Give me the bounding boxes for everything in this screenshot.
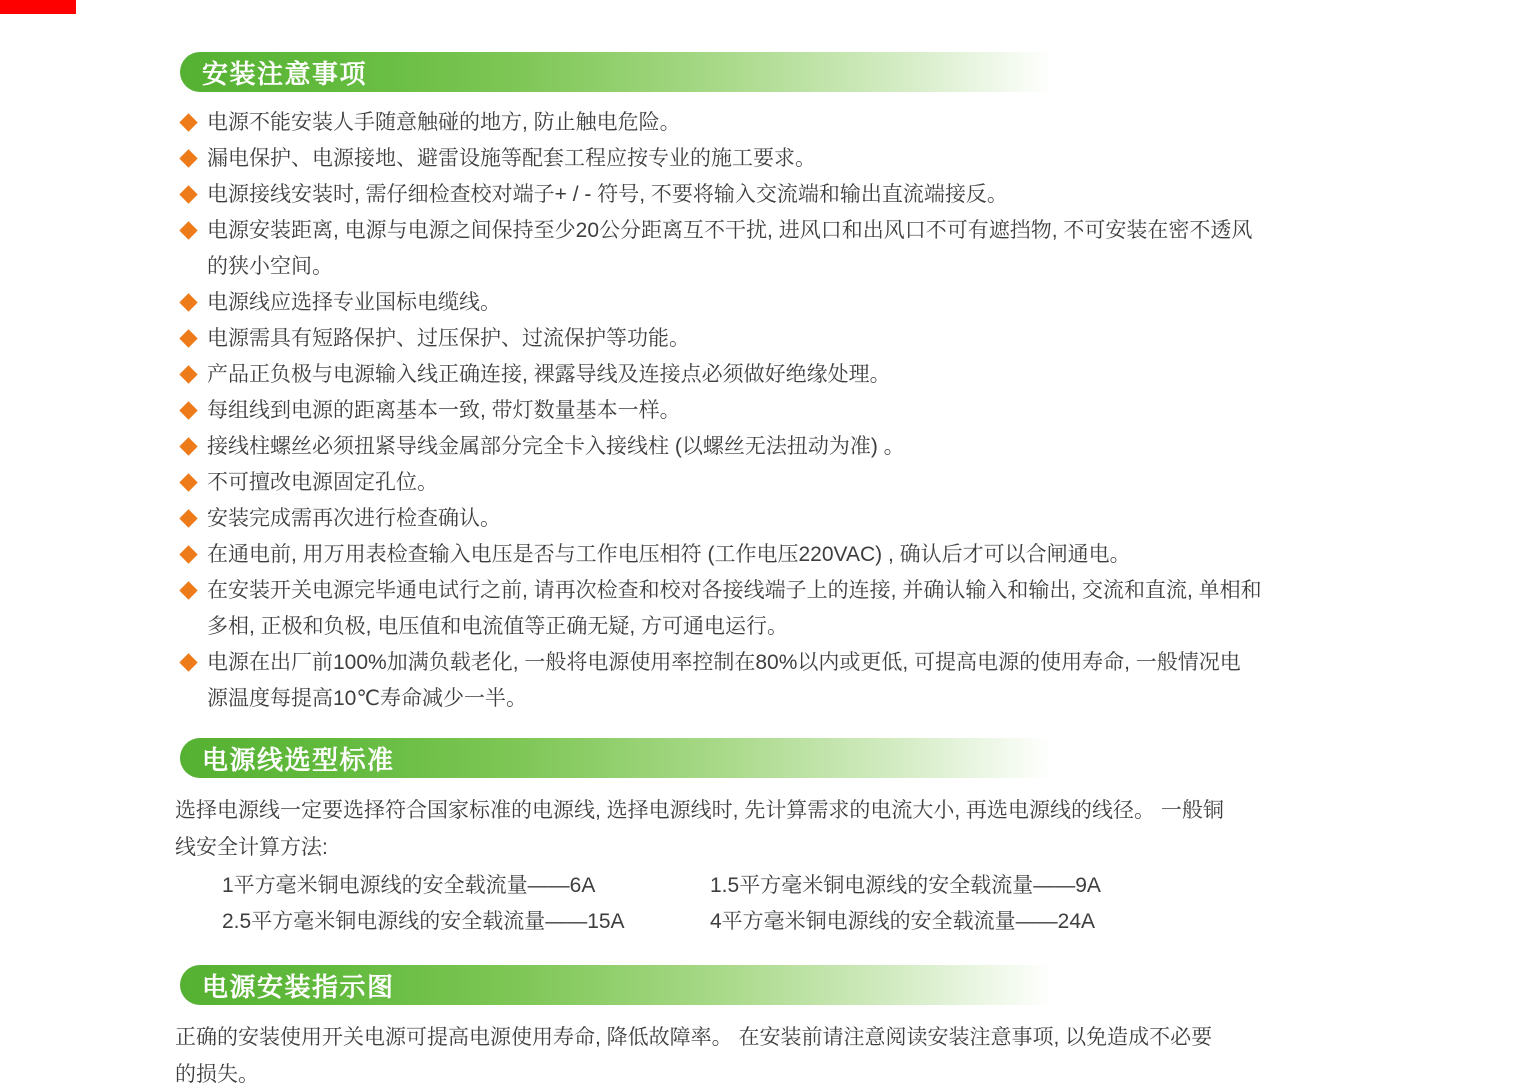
diamond-bullet-icon <box>179 509 197 527</box>
diamond-bullet-icon <box>179 293 197 311</box>
note-item: 安装完成需再次进行检查确认。 <box>180 501 1522 537</box>
text-line: 正确的安装使用开关电源可提高电源使用寿命, 降低故障率。 在安装前请注意阅读安装… <box>175 1019 1522 1056</box>
note-text: 安装完成需再次进行检查确认。 <box>207 501 501 537</box>
note-item: 电源不能安装人手随意触碰的地方, 防止触电危险。 <box>180 105 1522 141</box>
wire-capacity-row: 2.5平方毫米铜电源线的安全载流量——15A 4平方毫米铜电源线的安全载流量——… <box>222 904 1522 940</box>
note-text: 电源不能安装人手随意触碰的地方, 防止触电危险。 <box>207 105 681 141</box>
note-text: 漏电保护、电源接地、避雷设施等配套工程应按专业的施工要求。 <box>207 141 816 177</box>
note-item: 漏电保护、电源接地、避雷设施等配套工程应按专业的施工要求。 <box>180 141 1522 177</box>
text-line: 的损失。 <box>175 1056 1522 1091</box>
text-line: 安装完成需再次进行检查确认。 <box>207 501 501 537</box>
note-text: 每组线到电源的距离基本一致, 带灯数量基本一样。 <box>207 393 681 429</box>
note-text: 电源在出厂前100%加满负载老化, 一般将电源使用率控制在80%以内或更低, 可… <box>207 645 1241 717</box>
wire-selection-paragraph: 选择电源线一定要选择符合国家标准的电源线, 选择电源线时, 先计算需求的电流大小… <box>175 792 1522 866</box>
text-line: 电源需具有短路保护、过压保护、过流保护等功能。 <box>207 321 690 357</box>
install-guide-paragraph: 正确的安装使用开关电源可提高电源使用寿命, 降低故障率。 在安装前请注意阅读安装… <box>175 1019 1522 1091</box>
diamond-bullet-icon <box>179 185 197 203</box>
note-item: 在安装开关电源完毕通电试行之前, 请再次检查和校对各接线端子上的连接, 并确认输… <box>180 573 1522 645</box>
text-line: 源温度每提高10℃寿命减少一半。 <box>207 681 1241 717</box>
text-line: 线安全计算方法: <box>175 829 1522 866</box>
diamond-bullet-icon <box>179 653 197 671</box>
text-line: 在通电前, 用万用表检查输入电压是否与工作电压相符 (工作电压220VAC) ,… <box>207 537 1131 573</box>
diamond-bullet-icon <box>179 329 197 347</box>
text-line: 电源不能安装人手随意触碰的地方, 防止触电危险。 <box>207 105 681 141</box>
wire-capacity-table: 1平方毫米铜电源线的安全载流量——6A 1.5平方毫米铜电源线的安全载流量——9… <box>222 868 1522 940</box>
note-item: 在通电前, 用万用表检查输入电压是否与工作电压相符 (工作电压220VAC) ,… <box>180 537 1522 573</box>
note-item: 产品正负极与电源输入线正确连接, 裸露导线及连接点必须做好绝缘处理。 <box>180 357 1522 393</box>
red-corner-mark <box>0 0 76 14</box>
install-notes-list: 电源不能安装人手随意触碰的地方, 防止触电危险。 漏电保护、电源接地、避雷设施等… <box>180 105 1522 717</box>
text-line: 的狭小空间。 <box>207 249 1252 285</box>
note-item: 电源安装距离, 电源与电源之间保持至少20公分距离互不干扰, 进风口和出风口不可… <box>180 213 1522 285</box>
wire-capacity-row: 1平方毫米铜电源线的安全载流量——6A 1.5平方毫米铜电源线的安全载流量——9… <box>222 868 1522 904</box>
text-line: 电源安装距离, 电源与电源之间保持至少20公分距离互不干扰, 进风口和出风口不可… <box>207 213 1252 249</box>
text-line: 接线柱螺丝必须扭紧导线金属部分完全卡入接线柱 (以螺丝无法扭动为准) 。 <box>207 429 905 465</box>
note-item: 接线柱螺丝必须扭紧导线金属部分完全卡入接线柱 (以螺丝无法扭动为准) 。 <box>180 429 1522 465</box>
text-line: 电源接线安装时, 需仔细检查校对端子+ / - 符号, 不要将输入交流端和输出直… <box>207 177 1008 213</box>
diamond-bullet-icon <box>179 149 197 167</box>
note-item: 电源需具有短路保护、过压保护、过流保护等功能。 <box>180 321 1522 357</box>
text-line: 电源线应选择专业国标电缆线。 <box>207 285 501 321</box>
note-item: 电源线应选择专业国标电缆线。 <box>180 285 1522 321</box>
text-line: 漏电保护、电源接地、避雷设施等配套工程应按专业的施工要求。 <box>207 141 816 177</box>
note-item: 每组线到电源的距离基本一致, 带灯数量基本一样。 <box>180 393 1522 429</box>
section-header-install-notes: 安装注意事项 <box>180 52 1080 92</box>
diamond-bullet-icon <box>179 365 197 383</box>
section-title: 电源线选型标准 <box>180 740 395 777</box>
text-line: 产品正负极与电源输入线正确连接, 裸露导线及连接点必须做好绝缘处理。 <box>207 357 891 393</box>
note-text: 不可擅改电源固定孔位。 <box>207 465 438 501</box>
section-header-wire-selection: 电源线选型标准 <box>180 738 1080 778</box>
wire-capacity-cell: 1平方毫米铜电源线的安全载流量——6A <box>222 868 710 904</box>
note-text: 产品正负极与电源输入线正确连接, 裸露导线及连接点必须做好绝缘处理。 <box>207 357 891 393</box>
text-line: 选择电源线一定要选择符合国家标准的电源线, 选择电源线时, 先计算需求的电流大小… <box>175 792 1522 829</box>
wire-capacity-cell: 2.5平方毫米铜电源线的安全载流量——15A <box>222 904 710 940</box>
note-text: 电源接线安装时, 需仔细检查校对端子+ / - 符号, 不要将输入交流端和输出直… <box>207 177 1008 213</box>
section-header-install-guide: 电源安装指示图 <box>180 965 1080 1005</box>
text-line: 电源在出厂前100%加满负载老化, 一般将电源使用率控制在80%以内或更低, 可… <box>207 645 1241 681</box>
text-line: 多相, 正极和负极, 电压值和电流值等正确无疑, 方可通电运行。 <box>207 609 1262 645</box>
section-title: 电源安装指示图 <box>180 967 395 1004</box>
diamond-bullet-icon <box>179 401 197 419</box>
text-line: 每组线到电源的距离基本一致, 带灯数量基本一样。 <box>207 393 681 429</box>
text-line: 不可擅改电源固定孔位。 <box>207 465 438 501</box>
wire-capacity-cell: 1.5平方毫米铜电源线的安全载流量——9A <box>710 868 1522 904</box>
note-text: 电源需具有短路保护、过压保护、过流保护等功能。 <box>207 321 690 357</box>
wire-capacity-cell: 4平方毫米铜电源线的安全载流量——24A <box>710 904 1522 940</box>
note-text: 在通电前, 用万用表检查输入电压是否与工作电压相符 (工作电压220VAC) ,… <box>207 537 1131 573</box>
diamond-bullet-icon <box>179 581 197 599</box>
note-text: 电源安装距离, 电源与电源之间保持至少20公分距离互不干扰, 进风口和出风口不可… <box>207 213 1252 285</box>
text-line: 在安装开关电源完毕通电试行之前, 请再次检查和校对各接线端子上的连接, 并确认输… <box>207 573 1262 609</box>
note-text: 在安装开关电源完毕通电试行之前, 请再次检查和校对各接线端子上的连接, 并确认输… <box>207 573 1262 645</box>
note-text: 接线柱螺丝必须扭紧导线金属部分完全卡入接线柱 (以螺丝无法扭动为准) 。 <box>207 429 905 465</box>
diamond-bullet-icon <box>179 545 197 563</box>
section-title: 安装注意事项 <box>180 54 367 91</box>
diamond-bullet-icon <box>179 113 197 131</box>
diamond-bullet-icon <box>179 437 197 455</box>
diamond-bullet-icon <box>179 473 197 491</box>
note-item: 电源接线安装时, 需仔细检查校对端子+ / - 符号, 不要将输入交流端和输出直… <box>180 177 1522 213</box>
note-text: 电源线应选择专业国标电缆线。 <box>207 285 501 321</box>
diamond-bullet-icon <box>179 221 197 239</box>
note-item: 电源在出厂前100%加满负载老化, 一般将电源使用率控制在80%以内或更低, 可… <box>180 645 1522 717</box>
note-item: 不可擅改电源固定孔位。 <box>180 465 1522 501</box>
